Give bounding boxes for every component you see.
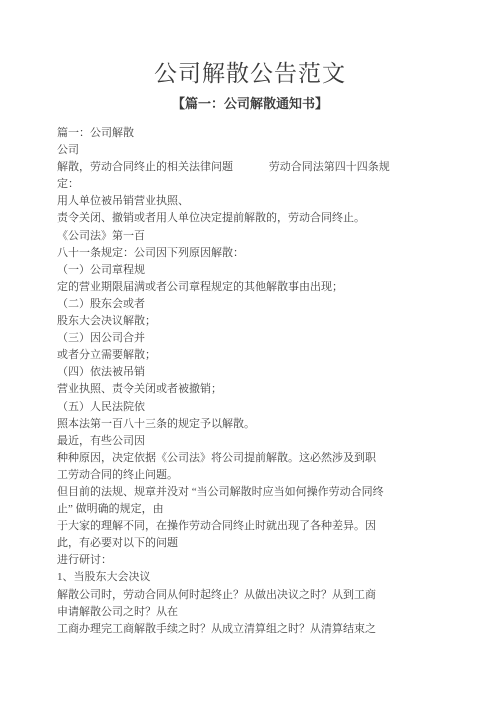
body-line: （一）公司章程规 <box>57 262 485 279</box>
body-line: 股东大会决议解散； <box>57 313 485 330</box>
body-line: 定的营业期限届满或者公司章程规定的其他解散事由出现； <box>57 279 485 296</box>
body-line: （三）因公司合并 <box>57 330 485 347</box>
body-line: 解散公司时，劳动合同从何时起终止？从做出决议之时？从到工商 <box>57 587 485 604</box>
body-line: （五）人民法院依 <box>57 399 485 416</box>
body-line: 工商办理完工商解散手续之时？从成立清算组之时？从清算结束之 <box>57 621 485 638</box>
body-line: 最近，有些公司因 <box>57 433 485 450</box>
body-line: 公司 <box>57 142 485 159</box>
body-line: 八十一条规定：公司因下列原因解散： <box>57 245 485 262</box>
body-line: 《公司法》第一百 <box>57 228 485 245</box>
document-subtitle: 【篇一：公司解散通知书】 <box>0 93 500 112</box>
body-line: 于大家的理解不同，在操作劳动合同终止时就出现了各种差异。因 <box>57 518 485 535</box>
document-body: 篇一：公司解散公司解散，劳动合同终止的相关法律问题 劳动合同法第四十四条规定：用… <box>57 125 485 638</box>
body-line: 工劳动合同的终止问题。 <box>57 467 485 484</box>
body-line: 营业执照、责令关闭或者被撤销； <box>57 381 485 398</box>
body-line: 种种原因，决定依据《公司法》将公司提前解散。这必然涉及到职 <box>57 450 485 467</box>
body-line: 定： <box>57 176 485 193</box>
body-line: 进行研讨： <box>57 552 485 569</box>
body-line: 责令关闭、撤销或者用人单位决定提前解散的，劳动合同终止。 <box>57 210 485 227</box>
body-line: 止” 做明确的规定，由 <box>57 501 485 518</box>
body-line: （二）股东会或者 <box>57 296 485 313</box>
body-line: 此，有必要对以下的问题 <box>57 535 485 552</box>
body-line: （四）依法被吊销 <box>57 364 485 381</box>
body-line: 申请解散公司之时？从在 <box>57 604 485 621</box>
body-line: 但目前的法规、规章并没对 “当公司解散时应当如何操作劳动合同终 <box>57 484 485 501</box>
body-line: 照本法第一百八十三条的规定予以解散。 <box>57 416 485 433</box>
body-line: 用人单位被吊销营业执照、 <box>57 193 485 210</box>
body-line: 篇一：公司解散 <box>57 125 485 142</box>
document-title: 公司解散公告范文 <box>0 55 500 88</box>
body-line: 或者分立需要解散； <box>57 347 485 364</box>
body-line: 1、当股东大会决议 <box>57 569 485 586</box>
document-page: 公司解散公告范文 【篇一：公司解散通知书】 篇一：公司解散公司解散，劳动合同终止… <box>0 0 500 708</box>
body-line: 解散，劳动合同终止的相关法律问题 劳动合同法第四十四条规 <box>57 159 485 176</box>
